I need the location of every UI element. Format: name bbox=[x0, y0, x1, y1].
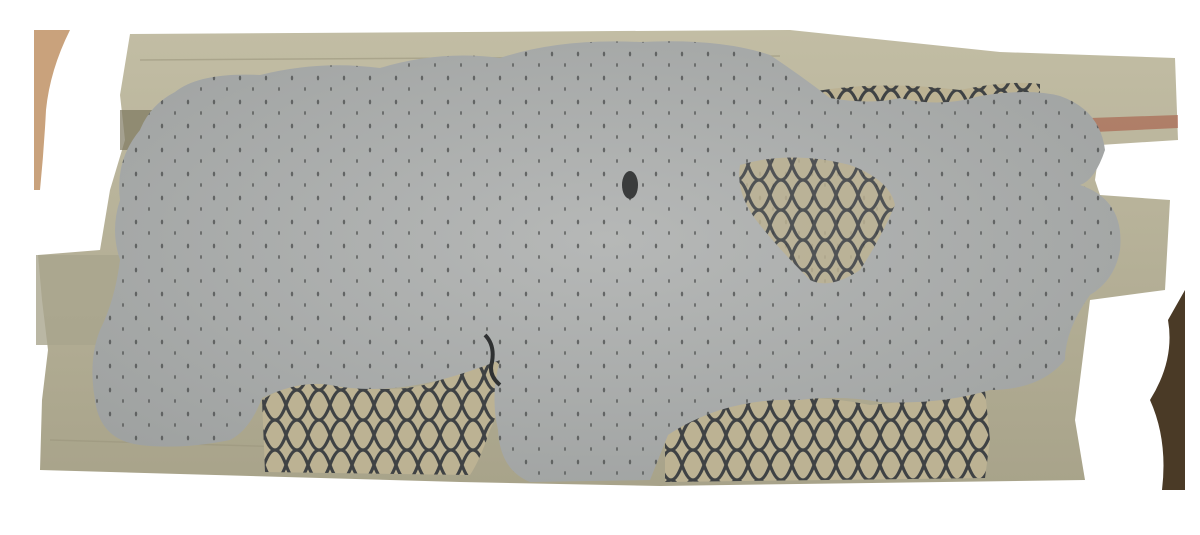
plaster-void bbox=[622, 171, 638, 199]
slab-photo bbox=[0, 0, 1200, 535]
